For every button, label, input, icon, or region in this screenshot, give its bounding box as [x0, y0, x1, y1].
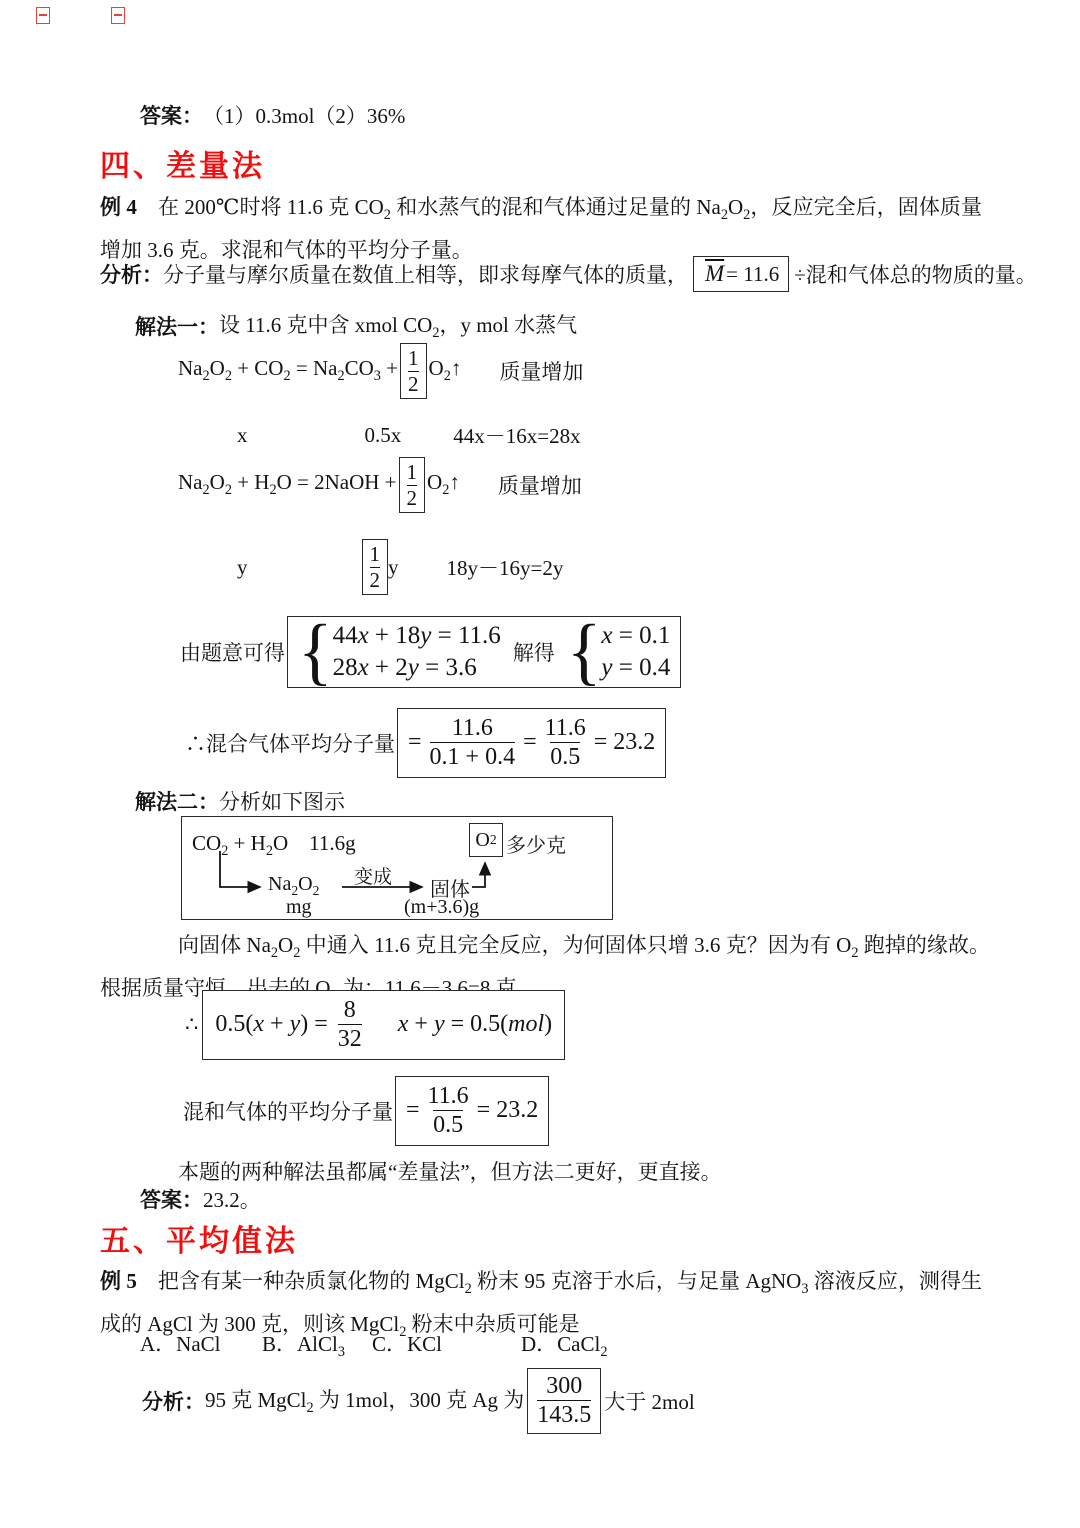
analysis-label: 分析： [100, 259, 163, 289]
conclusion-1-prefix: ∴混合气体平均分子量 [185, 728, 395, 758]
answer-label: 答案： [140, 1184, 203, 1214]
boxed-300-over-143: 300143.5 [527, 1368, 601, 1434]
fraction-denominator: 32 [338, 1024, 362, 1053]
fraction-denominator: 0.5 [550, 742, 580, 771]
example-5-label: 例 5 [100, 1269, 137, 1293]
left-brace: { [298, 620, 333, 684]
red-corner-mark-icon [36, 7, 50, 24]
boxed-conclusion-2: = 11.60.5 = 23.2 [395, 1076, 549, 1146]
equation-1: Na2O2 + CO2 = Na2CO3 + 12 O2↑ 质量增加 [178, 338, 583, 404]
equals-sign: = [408, 729, 422, 756]
analysis-4-line: 分析： 分子量与摩尔质量在数值上相等，即求每摩气体的质量， M = 11.6 ÷… [100, 256, 1037, 292]
analysis-label: 分析： [142, 1386, 205, 1416]
equation-2-note: 质量增加 [498, 470, 582, 500]
method-1-conclusion-line: ∴混合气体平均分子量 = 11.60.1 + 0.4 = 11.60.5 = 2… [185, 708, 666, 778]
equation-2-amounts: y 12 y 18y－16y=2y [237, 534, 563, 600]
fraction-numerator: 1 [408, 346, 419, 371]
section-4-heading: 四、差量法 [100, 141, 265, 185]
fraction-numerator: 8 [344, 996, 356, 1024]
diagram-o2-question: 多少克 [506, 829, 566, 858]
equation-2: Na2O2 + H2O = 2NaOH + 12 O2↑ 质量增加 [178, 452, 582, 518]
option-a: A．NaCl [140, 1328, 221, 1358]
system-intro: 由题意可得 [180, 637, 285, 667]
option-d: D．CaCl2 [521, 1328, 607, 1361]
analysis-5-pre: 95 克 MgCl2 为 1mol，300 克 Ag 为 [205, 1384, 524, 1417]
equals-sign: = [406, 1097, 420, 1124]
fraction-denominator: 2 [407, 485, 418, 511]
diagram-o2-box: O2 [469, 823, 503, 857]
example-5-text: 把含有某一种杂质氯化物的 MgCl2 粉末 95 克溶于水后，与足量 AgNO3… [100, 1269, 982, 1336]
answer-text: （1）0.3mol（2）36% [203, 100, 405, 130]
diagram-reactants: CO2 + H2O 11.6g [192, 827, 356, 860]
fraction-numerator: 1 [407, 460, 418, 485]
document-page: 答案： （1）0.3mol（2）36% 四、差量法 例 4 在 200℃时将 1… [0, 0, 1080, 1528]
boxed-system: { 44x + 18y = 11.6 28x + 2y = 3.6 解得 { x… [287, 616, 681, 688]
m-bar-value: = 11.6 [726, 262, 779, 287]
equation-1-rhs: O2↑ [429, 356, 462, 385]
amount-y: y [237, 555, 248, 580]
equation-1-amounts: x 0.5x 44x－16x=28x [237, 420, 581, 450]
system-equations: 44x + 18y = 11.6 28x + 2y = 3.6 [333, 620, 501, 684]
option-b: B．AlCl3 [262, 1328, 345, 1361]
answer-4-line: 答案： 23.2。 [140, 1184, 261, 1214]
mass-difference-x: 44x－16x=28x [453, 420, 580, 450]
method-2-intro: 分析如下图示 [219, 786, 345, 816]
amount-x: x [237, 423, 248, 448]
equation-2-lhs: Na2O2 + H2O = 2NaOH + [178, 470, 397, 499]
boxed-half-fraction: 12 [399, 457, 426, 514]
solve-label: 解得 [513, 637, 555, 667]
conclusion-2-result: = 23.2 [477, 1097, 539, 1124]
method-2-intro-line: 解法二： 分析如下图示 [135, 786, 345, 816]
diagram-solid-mass: (m+3.6)g [404, 896, 479, 919]
method-2-conclusion-line: 混和气体的平均分子量 = 11.60.5 = 23.2 [183, 1076, 549, 1146]
red-corner-mark-icon [111, 7, 125, 24]
section-5-heading: 五、平均值法 [100, 1216, 298, 1260]
boxed-half-fraction: 12 [400, 343, 427, 400]
previous-answer-line: 答案： （1）0.3mol（2）36% [140, 100, 405, 130]
fraction-denominator: 2 [370, 567, 381, 593]
therefore-symbol: ∴ [185, 1012, 198, 1037]
solution-x: x = 0.1 [601, 620, 670, 652]
solution-y: y = 0.4 [601, 652, 670, 684]
system-equation-b: 28x + 2y = 3.6 [333, 652, 501, 684]
analysis-5-line: 分析： 95 克 MgCl2 为 1mol，300 克 Ag 为 300143.… [142, 1368, 695, 1434]
amount-half-x: 0.5x [365, 423, 402, 448]
diagram-arrow-label: 变成 [354, 862, 392, 889]
system-of-equations-line: 由题意可得 { 44x + 18y = 11.6 28x + 2y = 3.6 … [180, 616, 681, 688]
example-4-text: 在 200℃时将 11.6 克 CO2 和水蒸气的混和气体通过足量的 Na2O2… [100, 195, 982, 262]
method-2-therefore-line: ∴ 0.5(x + y) = 832 x + y = 0.5(mol) [185, 990, 565, 1060]
equation-2-rhs: O2↑ [427, 470, 460, 499]
analysis-5-post: 大于 2mol [604, 1386, 694, 1416]
method-1-label: 解法一： [135, 311, 219, 341]
remark-line: 本题的两种解法虽都属“差量法”，但方法二更好，更直接。 [178, 1156, 722, 1186]
fraction-numerator: 11.6 [545, 714, 586, 742]
m-bar-symbol: M [703, 261, 726, 287]
mass-difference-y: 18y－16y=2y [447, 552, 564, 582]
analysis-post-text: ÷混和气体总的物质的量。 [794, 259, 1037, 289]
fraction-numerator: 11.6 [428, 1082, 469, 1110]
answer-label: 答案： [140, 100, 203, 130]
example-4-label: 例 4 [100, 195, 137, 219]
fraction-denominator: 0.1 + 0.4 [430, 742, 516, 771]
system-solutions: x = 0.1 y = 0.4 [601, 620, 670, 684]
therefore-left: 0.5(x + y) = [215, 1011, 327, 1038]
fraction-numerator: 300 [546, 1372, 582, 1400]
method-2-label: 解法二： [135, 786, 219, 816]
boxed-average-molar-mass: M = 11.6 [693, 256, 789, 292]
amount-half-y: y [388, 555, 399, 580]
option-c: C．KCl [372, 1328, 442, 1358]
fraction-numerator: 1 [370, 542, 381, 567]
fraction-denominator: 0.5 [433, 1110, 463, 1139]
equals-sign: = [523, 729, 537, 756]
equation-1-note: 质量增加 [499, 356, 583, 386]
fraction-numerator: 11.6 [452, 714, 493, 742]
equation-1-lhs: Na2O2 + CO2 = Na2CO3 + [178, 356, 398, 385]
fraction-denominator: 2 [408, 371, 419, 397]
conclusion-2-prefix: 混和气体的平均分子量 [183, 1096, 393, 1126]
conclusion-1-result: = 23.2 [594, 729, 656, 756]
fraction-denominator: 143.5 [537, 1400, 591, 1429]
boxed-therefore-equation: 0.5(x + y) = 832 x + y = 0.5(mol) [202, 990, 565, 1060]
left-brace: { [567, 620, 602, 684]
answer-4-text: 23.2。 [203, 1184, 261, 1214]
analysis-pre-text: 分子量与摩尔质量在数值上相等，即求每摩气体的质量， [163, 259, 688, 289]
system-equation-a: 44x + 18y = 11.6 [333, 620, 501, 652]
diagram-na2o2-mass: mg [286, 896, 312, 919]
therefore-right: x + y = 0.5(mol) [398, 1011, 552, 1038]
boxed-conclusion-1: = 11.60.1 + 0.4 = 11.60.5 = 23.2 [397, 708, 666, 778]
reaction-diagram: CO2 + H2O 11.6g O2 多少克 Na2O2 mg 变成 固体 (m… [181, 816, 613, 920]
boxed-half-fraction: 12 [362, 539, 389, 596]
